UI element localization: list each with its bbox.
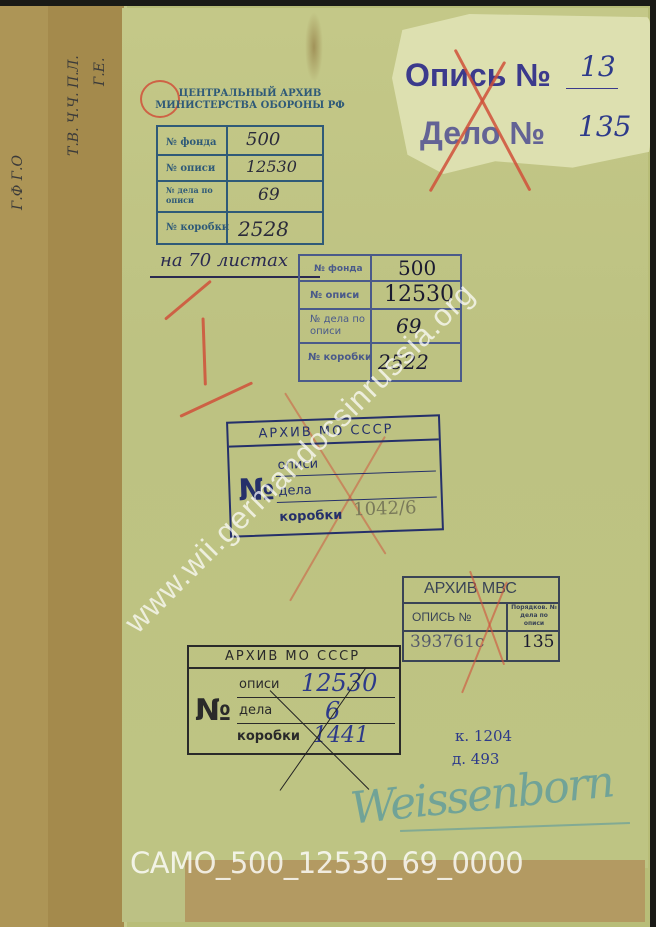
central-archive-heading: ЦЕНТРАЛЬНЫЙ АРХИВ МИНИСТЕРСТВА ОБОРОНЫ Р…	[150, 88, 350, 112]
folder-spine	[0, 6, 54, 927]
inventory-value: 13	[580, 50, 616, 83]
box-number-note: к. 1204	[455, 727, 512, 745]
central-archive-stamp: № фонда № описи № дела по описи № коробк…	[156, 125, 324, 245]
file-number-note: д. 493	[452, 750, 499, 768]
mvs-archive-stamp: АРХИВ МВС ОПИСЬ № Порядков. № дела по оп…	[402, 576, 560, 662]
spine-note-0: Г.Ф Г.О	[10, 155, 26, 210]
stamp-title-line1: ЦЕНТРАЛЬНЫЙ АРХИВ	[150, 88, 350, 100]
inventory-label: Опись №	[405, 57, 551, 94]
stain	[305, 12, 323, 82]
spine-tape: Т.В. Ч.Ч. П.Л. Г.Е.	[48, 6, 127, 927]
inventory-underline	[566, 88, 618, 89]
spine-note-1: Т.В. Ч.Ч. П.Л.	[66, 55, 82, 156]
file-value: 135	[578, 110, 631, 143]
mo-ussr-stamp-2: АРХИВ МО СССР № описи дела коробки 12530…	[187, 645, 401, 755]
spine-note-2: Г.Е.	[92, 58, 108, 86]
note-underline	[150, 276, 320, 278]
image-caption: CAMO_500_12530_69_0000	[130, 846, 523, 880]
file-label: Дело №	[420, 115, 545, 152]
sheet-count-note: на 70 листах	[160, 250, 288, 271]
stamp-title-line2: МИНИСТЕРСТВА ОБОРОНЫ РФ	[150, 100, 350, 112]
